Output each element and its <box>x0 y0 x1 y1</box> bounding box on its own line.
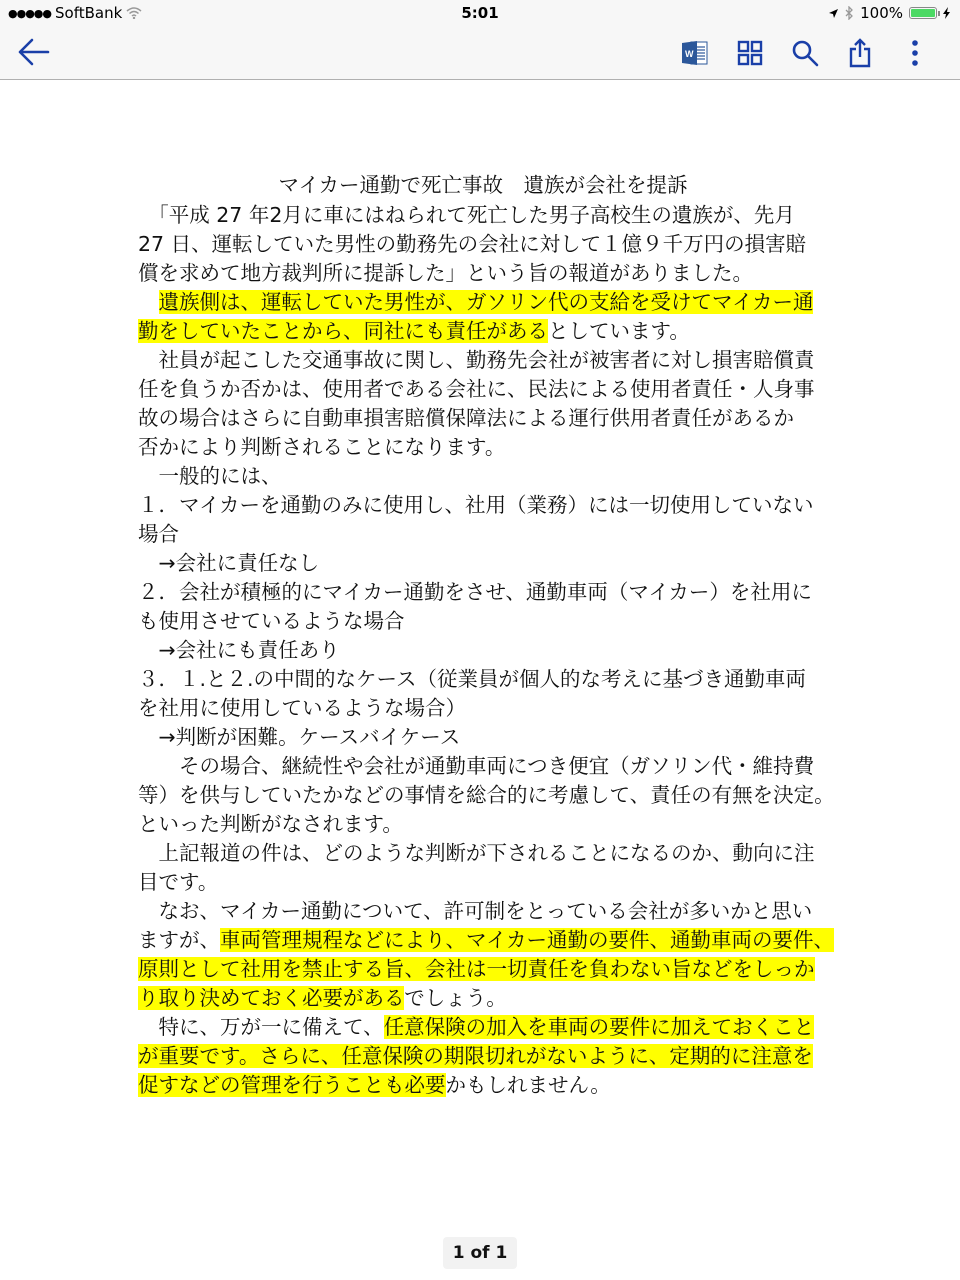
body-text: なお、マイカー通勤について、許可制をとっている会社が多いかと思い <box>138 899 812 923</box>
grid-view-icon <box>737 40 763 66</box>
more-vertical-icon <box>911 39 919 67</box>
document-line: なお、マイカー通勤について、許可制をとっている会社が多いかと思い <box>138 897 828 926</box>
body-text: 社員が起こした交通事故に関し、勤務先会社が被害者に対し損害賠償責 <box>138 348 815 372</box>
document-line: →判断が困難。ケースバイケース <box>138 723 828 752</box>
document-line: 償を求めて地方裁判所に提訴した」という旨の報道がありました。 <box>138 259 828 288</box>
highlighted-text: 任意保険の加入を車両の要件に加えておくこと <box>384 1015 815 1039</box>
document-line: 目です。 <box>138 868 828 897</box>
document-line: ３．１.と２.の中間的なケース（従業員が個人的な考えに基づき通勤車両 <box>138 665 828 694</box>
location-arrow-icon <box>828 8 839 19</box>
body-text: かもしれません。 <box>446 1073 611 1097</box>
clock: 5:01 <box>0 4 960 22</box>
body-text: ３．１.と２.の中間的なケース（従業員が個人的な考えに基づき通勤車両 <box>138 667 806 691</box>
status-right: 100% <box>828 4 950 22</box>
highlighted-text: 原則として社用を禁止する旨、会社は一切責任を負わない旨などをしっか <box>138 957 815 981</box>
body-text <box>138 290 159 314</box>
document-line: →会社にも責任あり <box>138 636 828 665</box>
more-options-button[interactable] <box>887 36 942 70</box>
document-line: 否かにより判断されることになります。 <box>138 433 828 462</box>
document-line: といった判断がなされます。 <box>138 810 828 839</box>
body-text: ますが、 <box>138 928 220 952</box>
document-line: 任を負うか否かは、使用者である会社に、民法による使用者責任・人身事 <box>138 375 828 404</box>
body-text: １．マイカーを通勤のみに使用し、社用（業務）には一切使用していない <box>138 493 813 517</box>
document-line: 等）を供与していたかなどの事情を総合的に考慮して、責任の有無を決定。 <box>138 781 828 810</box>
document-body: 「平成 27 年2月に車にはねられて死亡した男子高校生の遺族が、先月27 日、運… <box>138 201 828 1100</box>
toolbar-actions: W <box>667 36 942 70</box>
search-button[interactable] <box>777 36 832 70</box>
word-icon: W <box>681 39 709 67</box>
document-line: を社用に使用しているような場合） <box>138 694 828 723</box>
open-in-word-button[interactable]: W <box>667 36 722 70</box>
body-text: 「平成 27 年2月に車にはねられて死亡した男子高校生の遺族が、先月 <box>138 203 795 227</box>
svg-text:W: W <box>685 49 694 59</box>
highlighted-text: が重要です。さらに、任意保険の期限切れがないように、定期的に注意を <box>138 1044 813 1068</box>
arrow-left-icon <box>16 36 52 68</box>
document-line: 勤をしていたことから、同社にも責任があるとしています。 <box>138 317 828 346</box>
document-line: 遺族側は、運転していた男性が、ガソリン代の支給を受けてマイカー通 <box>138 288 828 317</box>
toolbar: W <box>0 26 960 80</box>
battery-percent: 100% <box>860 4 903 22</box>
body-text: 否かにより判断されることになります。 <box>138 435 505 459</box>
body-text: でしょう。 <box>404 986 507 1010</box>
charging-icon <box>943 7 950 19</box>
body-text: 償を求めて地方裁判所に提訴した」という旨の報道がありました。 <box>138 261 753 285</box>
document-line: 特に、万が一に備えて、任意保険の加入を車両の要件に加えておくこと <box>138 1013 828 1042</box>
body-text: 等）を供与していたかなどの事情を総合的に考慮して、責任の有無を決定。 <box>138 783 835 807</box>
body-text: ２．会社が積極的にマイカー通勤をさせ、通勤車両（マイカー）を社用に <box>138 580 812 604</box>
body-text: その場合、継続性や会社が通勤車両につき便宜（ガソリン代・維持費 <box>138 754 814 778</box>
body-text: 任を負うか否かは、使用者である会社に、民法による使用者責任・人身事 <box>138 377 815 401</box>
body-text: 27 日、運転していた男性の勤務先の会社に対して１億９千万円の損害賠 <box>138 232 806 256</box>
status-bar: ●●●●● SoftBank 5:01 100% <box>0 0 960 26</box>
document-line: 場合 <box>138 520 828 549</box>
document-line: 故の場合はさらに自動車損害賠償保障法による運行供用者責任があるか <box>138 404 828 433</box>
body-text: 場合 <box>138 522 179 546</box>
document-line: り取り決めておく必要があるでしょう。 <box>138 984 828 1013</box>
body-text: としています。 <box>548 319 690 343</box>
body-text: 故の場合はさらに自動車損害賠償保障法による運行供用者責任があるか <box>138 406 794 430</box>
body-text: といった判断がなされます。 <box>138 812 403 836</box>
highlighted-text: 促すなどの管理を行うことも必要 <box>138 1073 446 1097</box>
document-line: 一般的には、 <box>138 462 828 491</box>
highlighted-text: り取り決めておく必要がある <box>138 986 404 1010</box>
body-text: 特に、万が一に備えて、 <box>138 1015 384 1039</box>
body-text: 上記報道の件は、どのような判断が下されることになるのか、動向に注 <box>138 841 815 865</box>
search-icon <box>791 39 819 67</box>
document-line: も使用させているような場合 <box>138 607 828 636</box>
battery-icon <box>909 7 937 19</box>
document-line: 原則として社用を禁止する旨、会社は一切責任を負わない旨などをしっか <box>138 955 828 984</box>
page-grid-button[interactable] <box>722 36 777 70</box>
document-line: →会社に責任なし <box>138 549 828 578</box>
document-title: マイカー通勤で死亡事故 遺族が会社を提訴 <box>138 170 828 201</box>
document-line: 「平成 27 年2月に車にはねられて死亡した男子高校生の遺族が、先月 <box>138 201 828 230</box>
body-text: 一般的には、 <box>138 464 282 488</box>
body-text: も使用させているような場合 <box>138 609 405 633</box>
body-text: を社用に使用しているような場合） <box>138 696 466 720</box>
document-page: マイカー通勤で死亡事故 遺族が会社を提訴 「平成 27 年2月に車にはねられて死… <box>138 170 828 1100</box>
document-line: １．マイカーを通勤のみに使用し、社用（業務）には一切使用していない <box>138 491 828 520</box>
highlighted-text: 車両管理規程などにより、マイカー通勤の要件、通勤車両の要件、 <box>220 928 834 952</box>
document-line: ２．会社が積極的にマイカー通勤をさせ、通勤車両（マイカー）を社用に <box>138 578 828 607</box>
highlighted-text: 遺族側は、運転していた男性が、ガソリン代の支給を受けてマイカー通 <box>159 290 814 314</box>
document-line: 27 日、運転していた男性の勤務先の会社に対して１億９千万円の損害賠 <box>138 230 828 259</box>
document-line: ますが、車両管理規程などにより、マイカー通勤の要件、通勤車両の要件、 <box>138 926 828 955</box>
highlighted-text: 勤をしていたことから、同社にも責任がある <box>138 319 548 343</box>
document-line: その場合、継続性や会社が通勤車両につき便宜（ガソリン代・維持費 <box>138 752 828 781</box>
document-line: 上記報道の件は、どのような判断が下されることになるのか、動向に注 <box>138 839 828 868</box>
page-indicator: 1 of 1 <box>443 1237 517 1269</box>
back-button[interactable] <box>16 36 52 68</box>
share-icon <box>849 38 871 68</box>
bluetooth-icon <box>845 6 854 20</box>
document-line: 促すなどの管理を行うことも必要かもしれません。 <box>138 1071 828 1100</box>
body-text: →会社に責任なし <box>138 551 319 575</box>
share-button[interactable] <box>832 36 887 70</box>
body-text: →判断が困難。ケースバイケース <box>138 725 460 749</box>
body-text: 目です。 <box>138 870 218 894</box>
document-line: 社員が起こした交通事故に関し、勤務先会社が被害者に対し損害賠償責 <box>138 346 828 375</box>
body-text: →会社にも責任あり <box>138 638 340 662</box>
document-line: が重要です。さらに、任意保険の期限切れがないように、定期的に注意を <box>138 1042 828 1071</box>
